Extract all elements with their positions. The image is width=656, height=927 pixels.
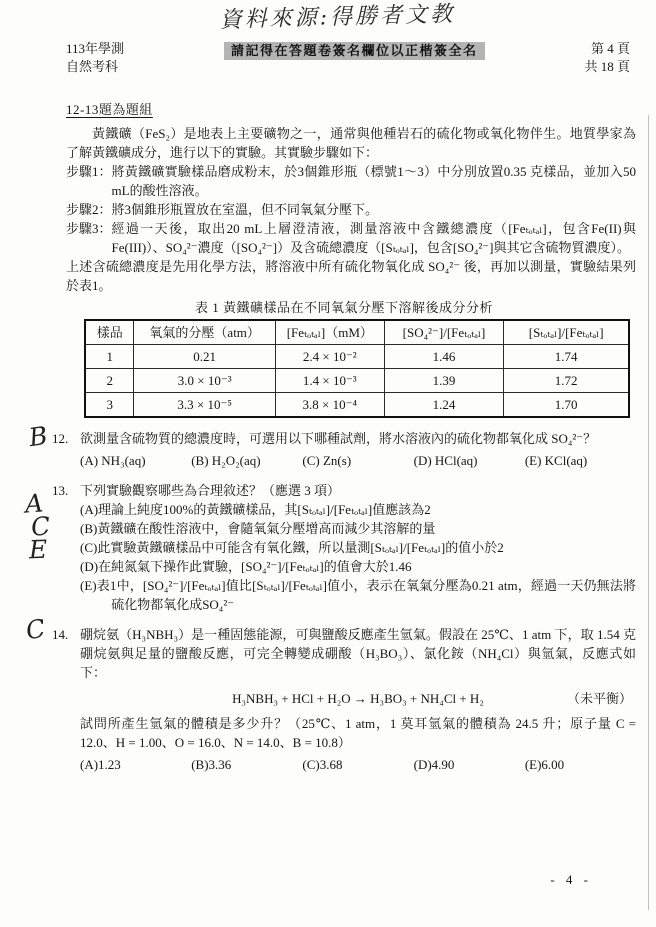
page-number-label: 第 4 頁 (584, 40, 630, 58)
step-text: 經過一天後，取出20 mL上層澄清液，測量溶液中含鐵總濃度（[Feₜₒₜₐₗ]，… (112, 219, 636, 257)
experiment-step-3: 步驟3： 經過一天後，取出20 mL上層澄清液，測量溶液中含鐵總濃度（[Feₜₒ… (66, 219, 636, 257)
step-label: 步驟3： (66, 219, 112, 257)
option-a: (A)1.23 (80, 755, 191, 774)
question-body: 硼烷氨（H₃NBH₃）是一種固態能源，可與鹽酸反應產生氫氣。假設在 25℃、1 … (80, 625, 636, 774)
option-d: (D) HCl(aq) (414, 451, 525, 470)
option-c: (C)此實驗黃鐵礦樣品中可能含有氧化鐵，所以量測[Sₜₒₜₐₗ]/[Feₜₒₜₐ… (80, 538, 636, 557)
question-number: 14. (52, 625, 80, 774)
table-cell: 1.70 (504, 393, 629, 418)
experiment-step-1: 步驟1： 將黃鐵礦實驗樣品磨成粉末，於3個錐形瓶（標號1～3）中分別放置0.35… (66, 162, 636, 200)
option-e: (E) KCl(aq) (525, 451, 636, 470)
question-14: 14. 硼烷氨（H₃NBH₃）是一種固態能源，可與鹽酸反應產生氫氣。假設在 25… (52, 625, 636, 774)
table-cell: 2 (85, 369, 134, 393)
table-cell: 1.72 (504, 369, 629, 393)
handwritten-answer-q14: C (24, 616, 47, 644)
option-d: (D)在純氮氣下操作此實驗，[SO₄²⁻]/[Feₜₒₜₐₗ]的值會大於1.46 (80, 557, 636, 576)
passage-intro: 黃鐵礦（FeS₂）是地表上主要礦物之一，通常與他種岩石的硫化物或氧化物伴生。地質… (66, 124, 636, 162)
table-header-cell: 樣品 (85, 320, 134, 345)
question-number: 13. (52, 481, 80, 614)
passage-summary: 上述含硫總濃度是先用化學方法，將溶液中所有硫化物氧化成 SO₄²⁻ 後，再加以測… (66, 257, 636, 295)
table-header-cell: 氧氣的分壓（atm） (134, 320, 275, 345)
option-e: (E)6.00 (525, 755, 636, 774)
equation-unbalanced-note: （未平衡） (567, 689, 632, 708)
table-cell: 3.0 × 10⁻³ (134, 369, 275, 393)
table-cell: 2.4 × 10⁻² (275, 345, 384, 369)
table-row: 1 0.21 2.4 × 10⁻² 1.46 1.74 (85, 345, 629, 369)
table-caption: 表 1 黃鐵礦樣品在不同氧氣分壓下溶解後成分分析 (52, 298, 636, 317)
analysis-table: 樣品 氧氣的分壓（atm） [Feₜₒₜₐₗ]（mM） [SO₄²⁻]/[Feₜ… (84, 319, 630, 418)
question-body: 欲測量含硫物質的總濃度時，可選用以下哪種試劑，將水溶液內的硫化物都氧化成 SO₄… (80, 429, 636, 470)
option-b: (B) H₂O₂(aq) (191, 451, 302, 470)
table-cell: 3.3 × 10⁻⁵ (134, 393, 275, 418)
exam-page: 資料來源:得勝者文教 113年學測 自然考科 請記得在答題卷簽名欄位以正楷簽全名… (0, 0, 656, 927)
question-number: 12. (52, 429, 80, 470)
table-header-cell: [Feₜₒₜₐₗ]（mM） (275, 320, 384, 345)
option-b: (B)黃鐵礦在酸性溶液中，會隨氧氣分壓增高而減少其溶解的量 (80, 519, 636, 538)
table-cell: 1.4 × 10⁻³ (275, 369, 384, 393)
option-c: (C) Zn(s) (302, 451, 413, 470)
header-left: 113年學測 自然考科 (66, 40, 124, 76)
table-cell: 0.21 (134, 345, 275, 369)
table-row: 2 3.0 × 10⁻³ 1.4 × 10⁻³ 1.39 1.72 (85, 369, 629, 393)
step-label: 步驟1： (66, 162, 112, 200)
table-header-cell: [SO₄²⁻]/[Feₜₒₜₐₗ] (384, 320, 504, 345)
header-right: 第 4 頁 共 18 頁 (584, 40, 630, 76)
option-a: (A) NH₃(aq) (80, 451, 191, 470)
subject-title: 自然考科 (66, 58, 124, 76)
question-text: 欲測量含硫物質的總濃度時，可選用以下哪種試劑，將水溶液內的硫化物都氧化成 SO₄… (80, 429, 636, 448)
table-cell: 1.74 (504, 345, 629, 369)
exam-title: 113年學測 (66, 40, 124, 58)
option-a: (A)理論上純度100%的黃鐵礦樣品，其[Sₜₒₜₐₗ]/[Feₜₒₜₐₗ]值應… (80, 500, 636, 519)
option-c: (C)3.68 (302, 755, 413, 774)
handwritten-answer-q12: B (27, 423, 49, 450)
reaction-equation: H₃NBH₃ + HCl + H₂O → H₃BO₃ + NH₄Cl + H₂ (232, 691, 484, 706)
handwritten-answer-q13-e: E (29, 537, 48, 563)
page-total-label: 共 18 頁 (584, 58, 630, 76)
question-prompt: 試問所產生氫氣的體積是多少升？（25℃、1 atm，1 莫耳氫氣的體積為 24.… (80, 714, 636, 752)
page-content: 12-13題為題組 黃鐵礦（FeS₂）是地表上主要礦物之一，通常與他種岩石的硫化… (52, 100, 636, 774)
table-row: 3 3.3 × 10⁻⁵ 3.8 × 10⁻⁴ 1.24 1.70 (85, 393, 629, 418)
step-label: 步驟2： (66, 200, 112, 219)
question-body: 下列實驗觀察哪些為合理敘述？（應選 3 項） (A)理論上純度100%的黃鐵礦樣… (80, 481, 636, 614)
signature-notice: 請記得在答題卷簽名欄位以正楷簽全名 (224, 42, 485, 60)
option-d: (D)4.90 (414, 755, 525, 774)
question-text: 下列實驗觀察哪些為合理敘述？（應選 3 項） (80, 481, 636, 500)
reaction-equation-row: H₃NBH₃ + HCl + H₂O → H₃BO₃ + NH₄Cl + H₂ … (80, 689, 636, 708)
option-b: (B)3.36 (191, 755, 302, 774)
table-header-row: 樣品 氧氣的分壓（atm） [Feₜₒₜₐₗ]（mM） [SO₄²⁻]/[Feₜ… (85, 320, 629, 345)
table-cell: 1.24 (384, 393, 504, 418)
question-group-heading: 12-13題為題組 (66, 100, 636, 119)
table-cell: 3.8 × 10⁻⁴ (275, 393, 384, 418)
footer-page-number: - 4 - (550, 870, 592, 889)
table-cell: 1.39 (384, 369, 504, 393)
header-center: 請記得在答題卷簽名欄位以正楷簽全名 (224, 40, 485, 60)
question-12: 12. 欲測量含硫物質的總濃度時，可選用以下哪種試劑，將水溶液內的硫化物都氧化成… (52, 429, 636, 470)
table-cell: 3 (85, 393, 134, 418)
table-cell: 1.46 (384, 345, 504, 369)
scan-artifact-line (648, 115, 649, 910)
question-options: (A)1.23 (B)3.36 (C)3.68 (D)4.90 (E)6.00 (80, 755, 636, 774)
table-header-cell: [Sₜₒₜₐₗ]/[Feₜₒₜₐₗ] (504, 320, 629, 345)
question-13: 13. 下列實驗觀察哪些為合理敘述？（應選 3 項） (A)理論上純度100%的… (52, 481, 636, 614)
experiment-step-2: 步驟2： 將3個錐形瓶置放在室溫，但不同氧氣分壓下。 (66, 200, 636, 219)
option-e: (E)表1中，[SO₄²⁻]/[Feₜₒₜₐₗ]值比[Sₜₒₜₐₗ]/[Feₜₒ… (80, 576, 636, 614)
handwritten-source-note: 資料來源:得勝者文教 (219, 5, 455, 30)
step-text: 將黃鐵礦實驗樣品磨成粉末，於3個錐形瓶（標號1～3）中分別放置0.35 克樣品，… (112, 162, 636, 200)
page-header: 113年學測 自然考科 請記得在答題卷簽名欄位以正楷簽全名 第 4 頁 共 18… (66, 40, 630, 76)
question-options: (A) NH₃(aq) (B) H₂O₂(aq) (C) Zn(s) (D) H… (80, 451, 636, 470)
table-cell: 1 (85, 345, 134, 369)
question-text: 硼烷氨（H₃NBH₃）是一種固態能源，可與鹽酸反應產生氫氣。假設在 25℃、1 … (80, 625, 636, 682)
step-text: 將3個錐形瓶置放在室溫，但不同氧氣分壓下。 (112, 200, 636, 219)
